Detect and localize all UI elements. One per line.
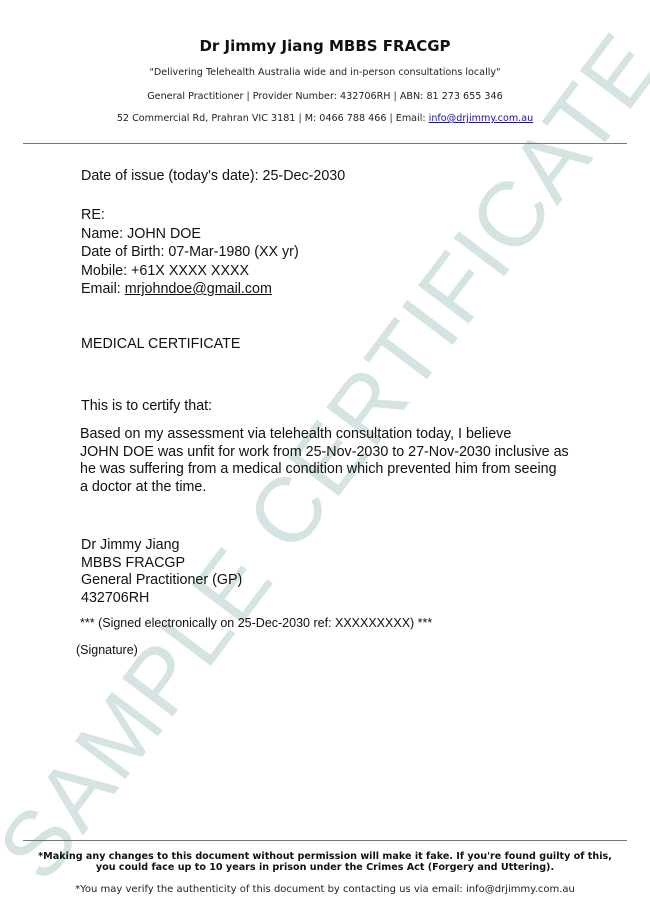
- statement-line: a doctor at the time.: [80, 478, 620, 496]
- contact-details: 52 Commercial Rd, Prahran VIC 3181 | M: …: [0, 113, 650, 124]
- patient-email-row: Email: mrjohndoe@gmail.com: [81, 280, 299, 299]
- signatory-role: General Practitioner (GP): [81, 571, 242, 589]
- forgery-warning: *Making any changes to this document wit…: [0, 851, 650, 873]
- statement-line: Based on my assessment via telehealth co…: [80, 425, 620, 443]
- provider-details: General Practitioner | Provider Number: …: [0, 91, 650, 102]
- signature-label: (Signature): [76, 641, 138, 659]
- patient-email-link[interactable]: mrjohndoe@gmail.com: [125, 281, 272, 297]
- header-divider: [23, 143, 627, 144]
- footer-divider: [23, 840, 627, 841]
- certificate-statement: Based on my assessment via telehealth co…: [80, 425, 620, 495]
- practice-tagline: "Delivering Telehealth Australia wide an…: [0, 67, 650, 78]
- doctor-name-heading: Dr Jimmy Jiang MBBS FRACGP: [0, 37, 650, 55]
- statement-line: he was suffering from a medical conditio…: [80, 460, 620, 478]
- statement-line: JOHN DOE was unfit for work from 25-Nov-…: [80, 443, 620, 461]
- patient-details: RE: Name: JOHN DOE Date of Birth: 07-Mar…: [81, 206, 299, 299]
- patient-name: Name: JOHN DOE: [81, 225, 299, 244]
- electronic-signature-line: *** (Signed electronically on 25-Dec-203…: [80, 614, 432, 632]
- signatory-qualifications: MBBS FRACGP: [81, 554, 242, 572]
- patient-email-label: Email:: [81, 281, 125, 297]
- signatory-block: Dr Jimmy Jiang MBBS FRACGP General Pract…: [81, 536, 242, 606]
- verification-note: *You may verify the authenticity of this…: [0, 884, 650, 895]
- signatory-provider-number: 432706RH: [81, 589, 242, 607]
- date-of-issue: Date of issue (today's date): 25-Dec-203…: [81, 167, 345, 185]
- patient-dob: Date of Birth: 07-Mar-1980 (XX yr): [81, 243, 299, 262]
- medical-certificate-page: SAMPLE CERTIFICATE Dr Jimmy Jiang MBBS F…: [0, 0, 650, 919]
- signatory-name: Dr Jimmy Jiang: [81, 536, 242, 554]
- patient-mobile: Mobile: +61X XXXX XXXX: [81, 262, 299, 281]
- certify-intro: This is to certify that:: [81, 397, 212, 415]
- certificate-title: MEDICAL CERTIFICATE: [81, 335, 240, 353]
- practice-email-link[interactable]: info@drjimmy.com.au: [429, 113, 534, 124]
- re-label: RE:: [81, 206, 299, 225]
- address-text: 52 Commercial Rd, Prahran VIC 3181 | M: …: [117, 113, 429, 124]
